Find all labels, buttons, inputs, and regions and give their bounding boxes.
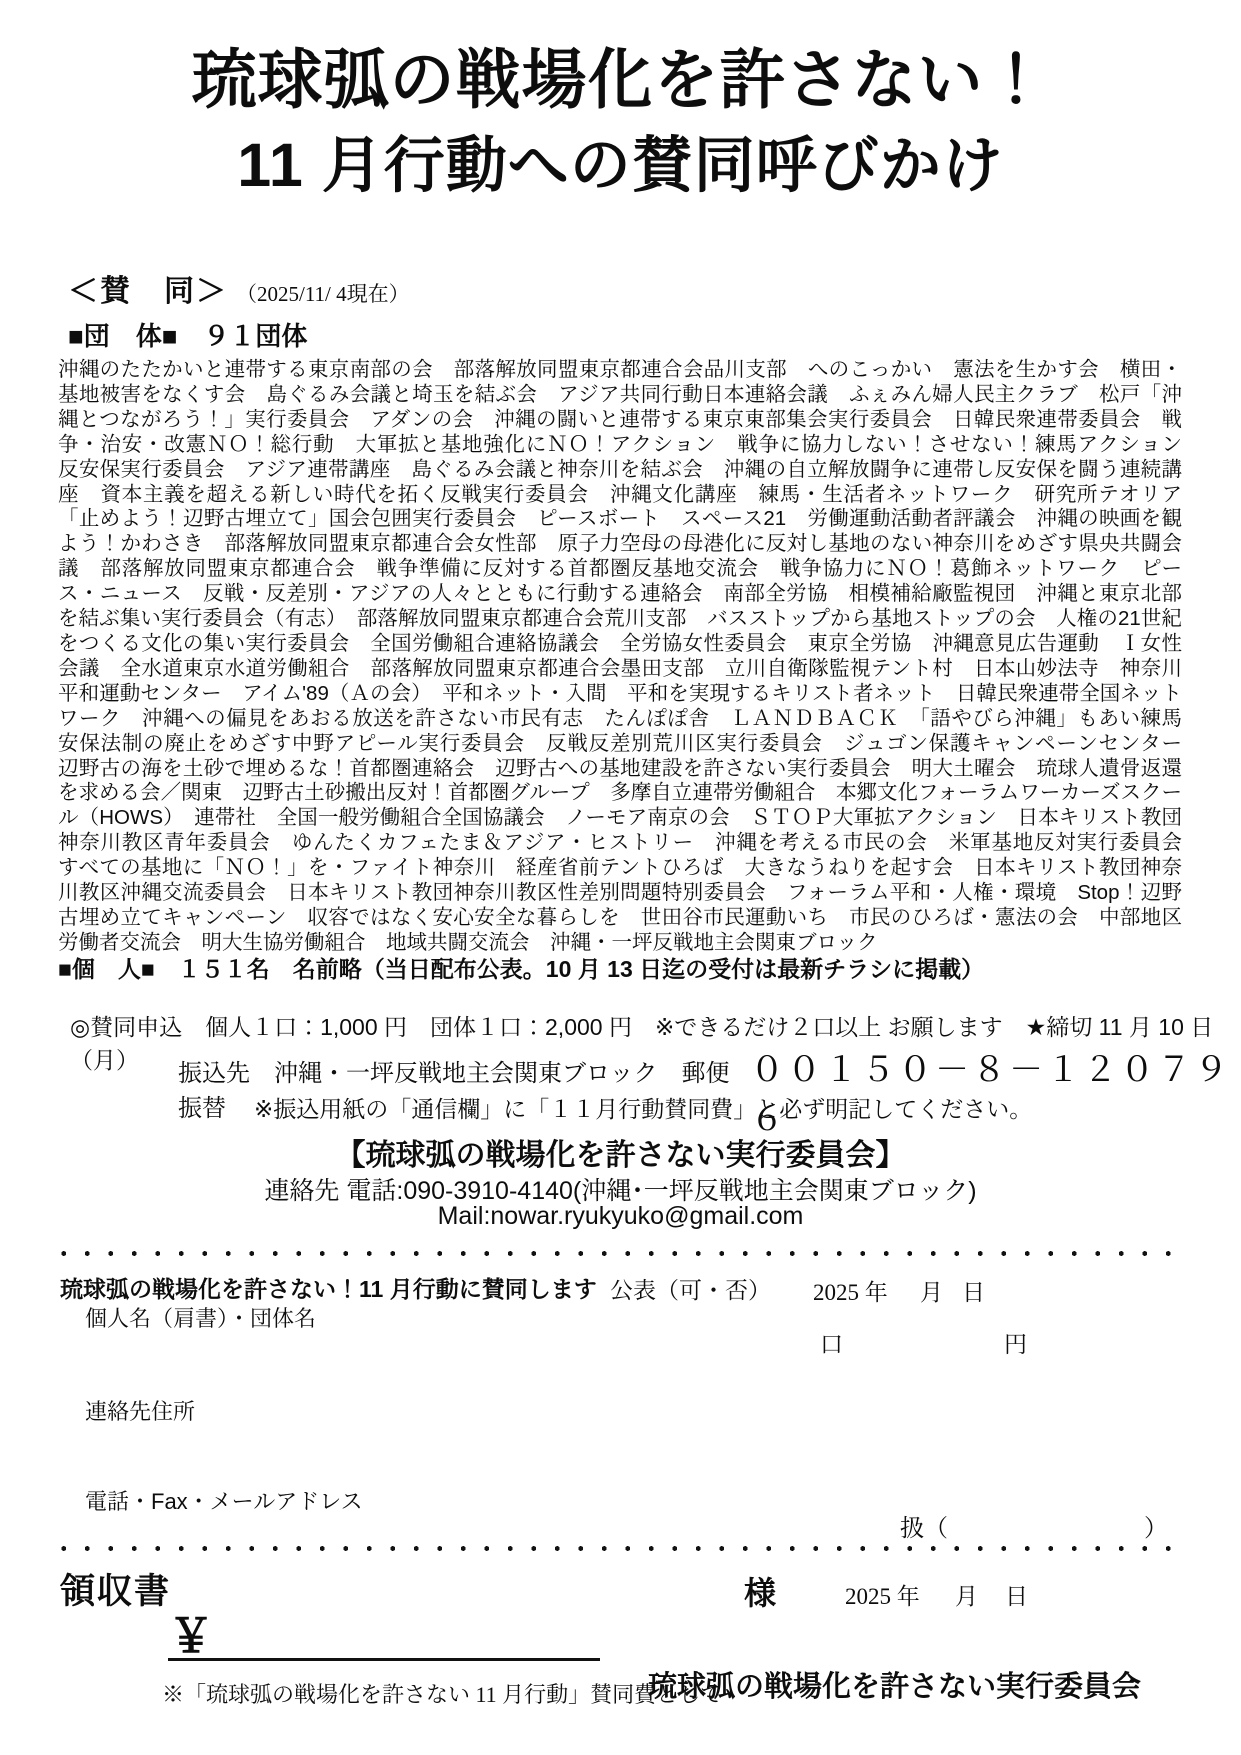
form-name-label: 個人名（肩書）・団体名 bbox=[85, 1302, 316, 1333]
main-title-line1: 琉球弧の戦場化を許さない！ bbox=[0, 36, 1241, 124]
name-field-area[interactable] bbox=[85, 1330, 785, 1390]
endorsement-as-of-date: （2025/11/ 4現在） bbox=[236, 282, 410, 306]
individuals-count-label: ■個 人■ １５１名 名前略（当日配布公表。10 月 13 日迄の受付は最新チラ… bbox=[58, 951, 984, 984]
form-year-label: 2025 年 bbox=[813, 1274, 888, 1307]
receipt-title: 領収書 bbox=[60, 1564, 171, 1614]
form-address-label: 連絡先住所 bbox=[85, 1395, 195, 1426]
flyer-page: 琉球弧の戦場化を許さない！ 11 月行動への賛同呼びかけ ＜賛 同＞（2025/… bbox=[0, 0, 1241, 1755]
amount-field-area[interactable] bbox=[855, 1322, 1000, 1356]
form-phone-fax-mail-label: 電話・Fax・メールアドレス bbox=[85, 1485, 363, 1516]
transfer-note: ※振込用紙の「通信欄」に「１１月行動賛同費」と必ず明記してください。 bbox=[254, 1091, 1032, 1124]
address-field-area[interactable] bbox=[85, 1425, 1165, 1480]
receipt-note: ※「琉球弧の戦場化を許さない 11 月行動」賛同費として bbox=[162, 1678, 722, 1709]
handler-close-paren: ） bbox=[1144, 1516, 1168, 1542]
organization-list: 沖縄のたたかいと連帯する東京南部の会 部落解放同盟東京都連合会品川支部 へのこっ… bbox=[58, 358, 1182, 956]
receipt-issuer: 琉球弧の戦場化を許さない実行委員会 bbox=[648, 1664, 1141, 1705]
dotted-separator-bottom bbox=[52, 1545, 1188, 1552]
form-statement: 琉球弧の戦場化を許さない！11 月行動に賛同します bbox=[60, 1271, 597, 1304]
receipt-year-label: 2025 年 bbox=[845, 1578, 920, 1611]
form-handler-field: 扱（） bbox=[900, 1508, 1168, 1543]
endorsement-heading: ＜賛 同＞（2025/11/ 4現在） bbox=[68, 266, 410, 310]
form-day-label: 日 bbox=[962, 1274, 985, 1307]
form-month-label: 月 bbox=[920, 1274, 943, 1307]
receipt-amount-line: ￥ bbox=[168, 1600, 600, 1661]
form-yen-label: 円 bbox=[1004, 1326, 1027, 1359]
receipt-amount-field-area[interactable] bbox=[226, 1612, 556, 1652]
receipt-month-label: 月 bbox=[955, 1578, 978, 1611]
groups-count-label: ■団 体■ ９１団体 bbox=[68, 316, 307, 353]
phone-field-area[interactable] bbox=[380, 1482, 880, 1514]
handler-open-paren: 扱（ bbox=[900, 1516, 948, 1542]
form-publish-option: 公表（可・否） bbox=[610, 1272, 771, 1305]
dotted-separator-top bbox=[52, 1250, 1188, 1257]
committee-email: Mail:nowar.ryukyuko@gmail.com bbox=[0, 1202, 1241, 1231]
main-title-line2: 11 月行動への賛同呼びかけ bbox=[0, 124, 1241, 206]
receipt-day-label: 日 bbox=[1005, 1578, 1028, 1611]
form-units-label: 口 bbox=[820, 1326, 843, 1359]
yen-sign: ￥ bbox=[168, 1611, 214, 1662]
committee-name: 【琉球弧の戦場化を許さない実行委員会】 bbox=[0, 1130, 1241, 1174]
units-field-area[interactable] bbox=[700, 1322, 815, 1356]
endorsement-heading-label: ＜賛 同＞ bbox=[68, 275, 228, 308]
receipt-addressee-suffix: 様 bbox=[744, 1568, 776, 1614]
